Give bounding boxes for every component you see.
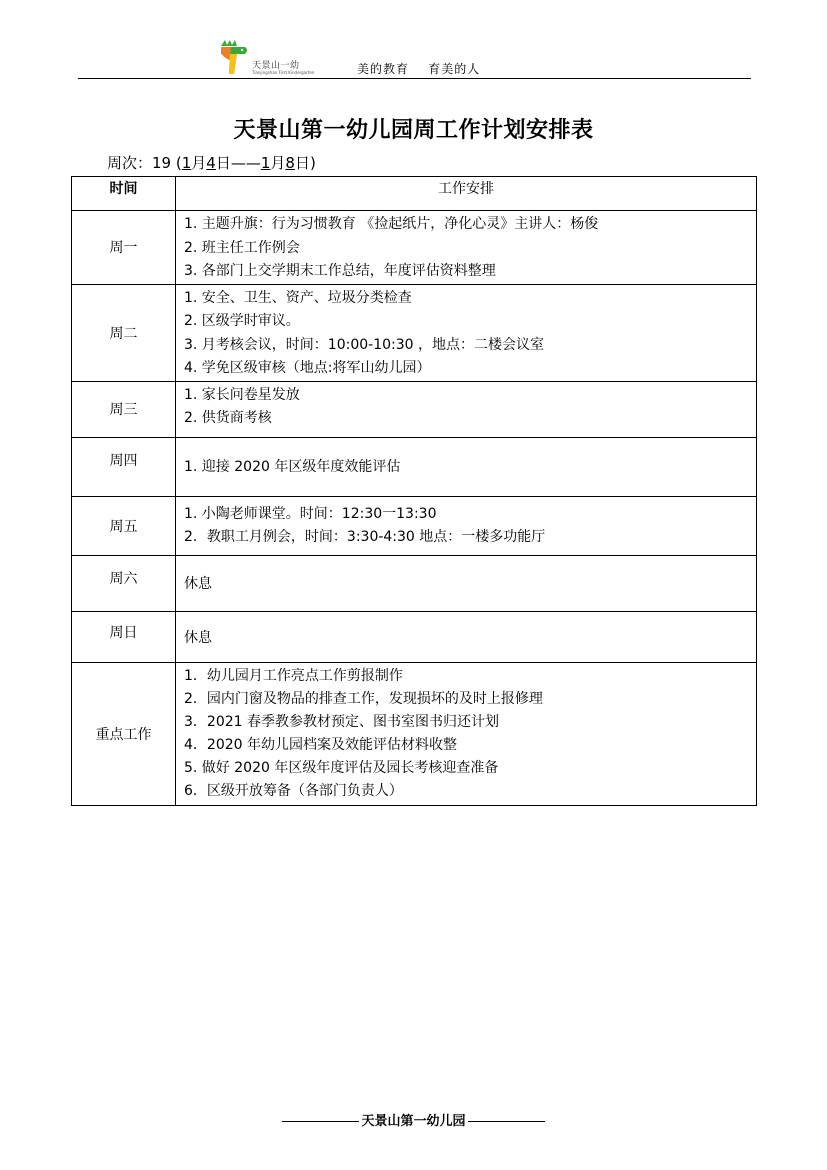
rest-cell: 休息 [176, 611, 757, 662]
work-item: 1．幼儿园月工作亮点工作剪报制作 [184, 665, 748, 688]
day-cell: 周六 [72, 555, 176, 611]
end-month: 1 [261, 154, 271, 172]
table-row: 周五 1. 小陶老师课堂。时间：12:30一13:30 2．教职工月例会，时间：… [72, 496, 757, 555]
month-suffix: 月 [270, 154, 285, 172]
work-item: 6．区级开放筹备（各部门负责人） [184, 780, 748, 803]
work-item: 2. 区级学时审议。 [184, 310, 748, 334]
day-cell: 重点工作 [72, 662, 176, 805]
work-items: 1. 安全、卫生、资产、垃圾分类检查 2. 区级学时审议。 3. 月考核会议，时… [176, 284, 757, 381]
table-row: 周三 1. 家长问卷星发放 2. 供货商考核 [72, 381, 757, 437]
day-cell: 周一 [72, 211, 176, 285]
work-item: 2．教职工月例会，时间：3:30-4:30 地点：一楼多功能厅 [184, 526, 748, 550]
work-item: 2. 供货商考核 [184, 407, 748, 431]
day-cell: 周三 [72, 381, 176, 437]
work-item: 1. 迎接 2020 年区级年度效能评估 [184, 456, 748, 480]
logo-tree-icon [219, 38, 249, 76]
header-work: 工作安排 [176, 177, 757, 211]
day-cell: 周日 [72, 611, 176, 662]
table-row: 周二 1. 安全、卫生、资产、垃圾分类检查 2. 区级学时审议。 3. 月考核会… [72, 284, 757, 381]
table-row: 周六 休息 [72, 555, 757, 611]
work-item: 1. 安全、卫生、资产、垃圾分类检查 [184, 287, 748, 311]
work-items: 1．幼儿园月工作亮点工作剪报制作 2．园内门窗及物品的排查工作，发现损坏的及时上… [176, 662, 757, 805]
page-header: 天景山一幼 Tianjingshan First Kindergarten 美的… [78, 34, 751, 79]
start-day: 4 [206, 154, 216, 172]
table-row: 周日 休息 [72, 611, 757, 662]
work-item: 4．2020 年幼儿园档案及效能评估材料收整 [184, 734, 748, 757]
table-row: 周四 1. 迎接 2020 年区级年度效能评估 [72, 437, 757, 496]
work-plan-table: 时间 工作安排 周一 1. 主题升旗：行为习惯教育 《捡起纸片，净化心灵》主讲人… [71, 176, 757, 806]
kindergarten-logo: 天景山一幼 Tianjingshan First Kindergarten [219, 38, 337, 78]
day-suffix: 日—— [216, 154, 261, 172]
table-header-row: 时间 工作安排 [72, 177, 757, 211]
end-day: 8 [285, 154, 295, 172]
work-items: 1. 小陶老师课堂。时间：12:30一13:30 2．教职工月例会，时间：3:3… [176, 496, 757, 555]
work-items: 1. 主题升旗：行为习惯教育 《捡起纸片，净化心灵》主讲人：杨俊 2. 班主任工… [176, 211, 757, 285]
page-footer: 天景山第一幼儿园 [0, 1110, 827, 1129]
footer-rule-right [468, 1121, 545, 1122]
start-month: 1 [182, 154, 192, 172]
work-item: 2．园内门窗及物品的排查工作，发现损坏的及时上报修理 [184, 688, 748, 711]
footer-rule-left [282, 1121, 359, 1122]
work-item: 1. 家长问卷星发放 [184, 384, 748, 408]
work-item: 3. 月考核会议，时间：10:00-10:30 ，地点：二楼会议室 [184, 334, 748, 358]
rest-cell: 休息 [176, 555, 757, 611]
work-items: 1. 家长问卷星发放 2. 供货商考核 [176, 381, 757, 437]
work-item: 5. 做好 2020 年区级年度评估及园长考核迎查准备 [184, 757, 748, 780]
document-title: 天景山第一幼儿园周工作计划安排表 [0, 113, 827, 144]
work-item: 1. 主题升旗：行为习惯教育 《捡起纸片，净化心灵》主讲人：杨俊 [184, 213, 748, 237]
day-cell: 周四 [72, 437, 176, 496]
day-cell: 周五 [72, 496, 176, 555]
day-cell: 周二 [72, 284, 176, 381]
work-item: 3．2021 春季教参教材预定、图书室图书归还计划 [184, 711, 748, 734]
work-item: 4. 学免区级审核（地点:将军山幼儿园） [184, 357, 748, 381]
work-items: 1. 迎接 2020 年区级年度效能评估 [176, 437, 757, 496]
footer-text: 天景山第一幼儿园 [361, 1114, 465, 1129]
work-item: 1. 小陶老师课堂。时间：12:30一13:30 [184, 503, 748, 527]
logo-name-en: Tianjingshan First Kindergarten [252, 70, 314, 75]
day-suffix: 日) [295, 154, 316, 172]
header-time: 时间 [72, 177, 176, 211]
month-suffix: 月 [191, 154, 206, 172]
work-item: 3. 各部门上交学期末工作总结，年度评估资料整理 [184, 260, 748, 284]
week-label: 周次：19 ( [107, 154, 182, 172]
table-row: 周一 1. 主题升旗：行为习惯教育 《捡起纸片，净化心灵》主讲人：杨俊 2. 班… [72, 211, 757, 285]
work-item: 2. 班主任工作例会 [184, 237, 748, 261]
slogan: 美的教育 育美的人 [357, 60, 480, 77]
week-info: 周次：19 (1月4日——1月8日) [107, 152, 316, 173]
table-row: 重点工作 1．幼儿园月工作亮点工作剪报制作 2．园内门窗及物品的排查工作，发现损… [72, 662, 757, 805]
